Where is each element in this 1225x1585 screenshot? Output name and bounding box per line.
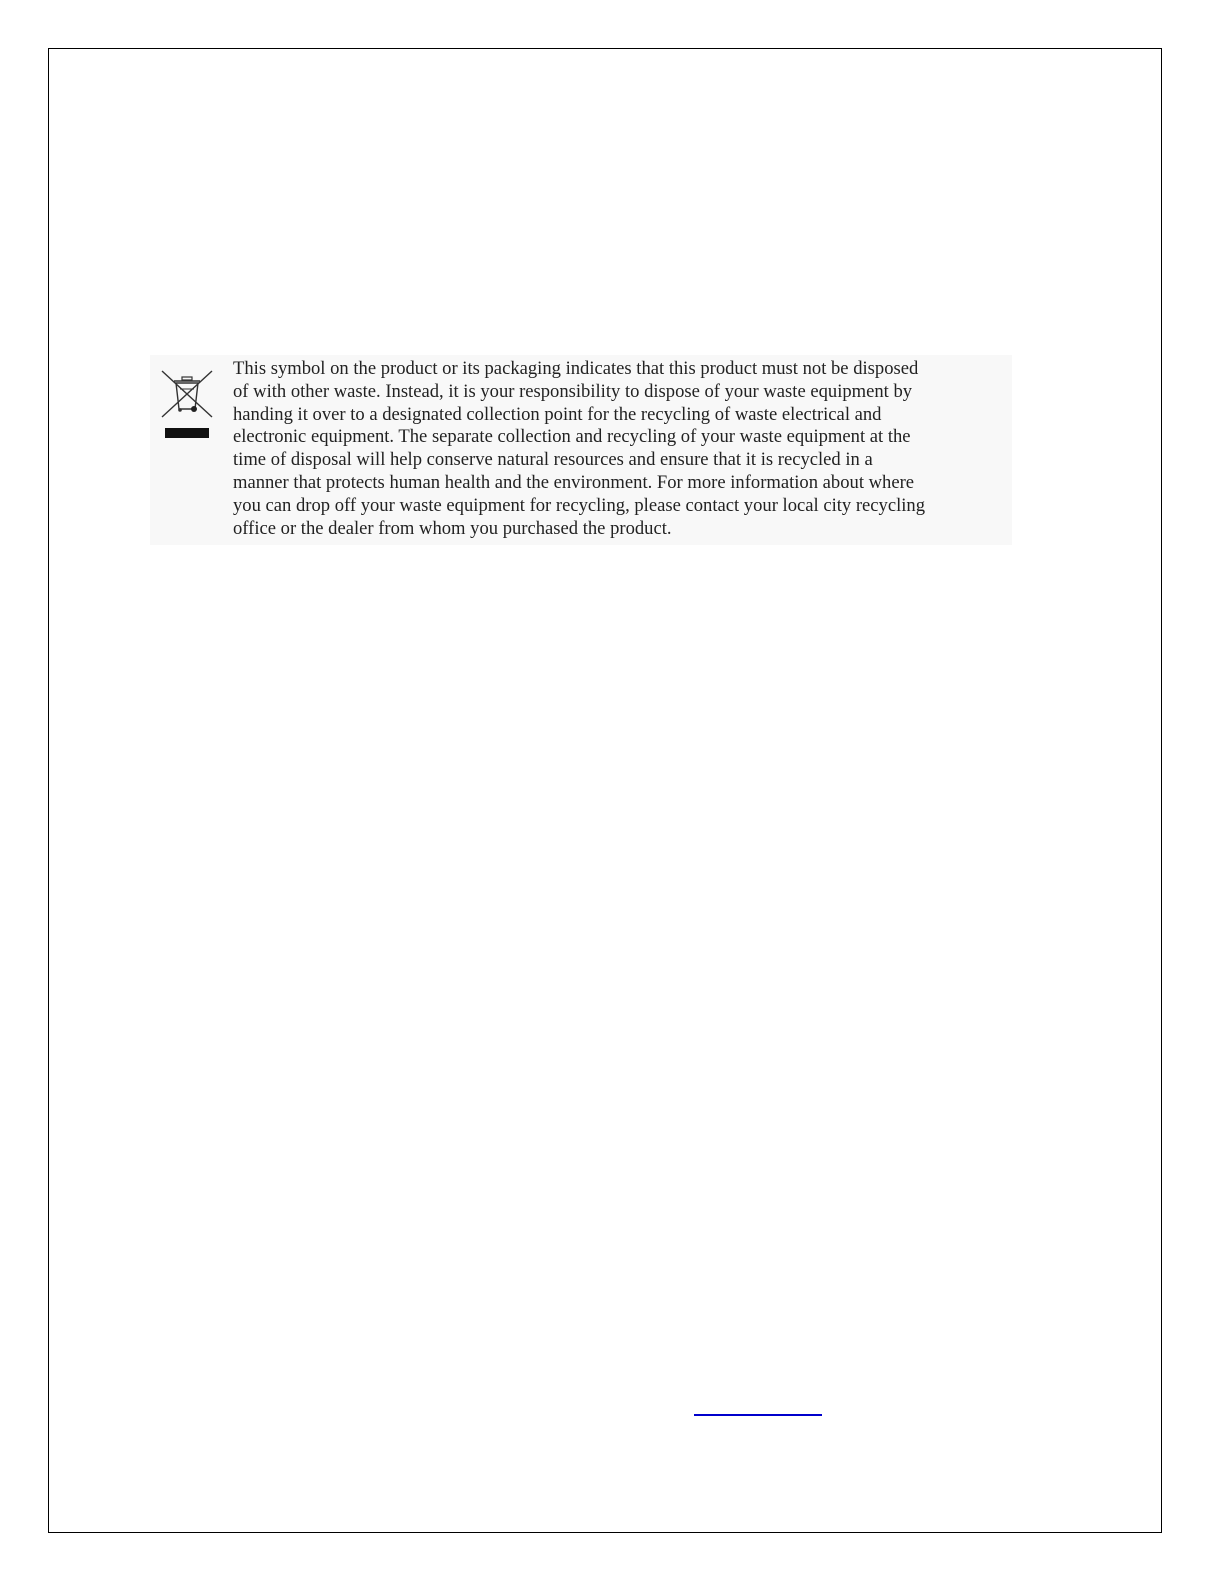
footer-hyperlink[interactable] [694, 1394, 822, 1416]
notice-line: This symbol on the product or its packag… [233, 358, 1008, 381]
weee-disposal-notice: This symbol on the product or its packag… [150, 355, 1012, 545]
notice-line: you can drop off your waste equipment fo… [233, 495, 1008, 518]
page-frame [48, 48, 1162, 1533]
crossed-out-wheelie-bin-icon [158, 365, 216, 439]
notice-line: electronic equipment. The separate colle… [233, 426, 1008, 449]
notice-line: time of disposal will help conserve natu… [233, 449, 1008, 472]
notice-line: handing it over to a designated collecti… [233, 404, 1008, 427]
notice-line: of with other waste. Instead, it is your… [233, 381, 1008, 404]
notice-line: manner that protects human health and th… [233, 472, 1008, 495]
notice-line: office or the dealer from whom you purch… [233, 518, 1008, 541]
weee-notice-text: This symbol on the product or its packag… [233, 358, 1008, 540]
